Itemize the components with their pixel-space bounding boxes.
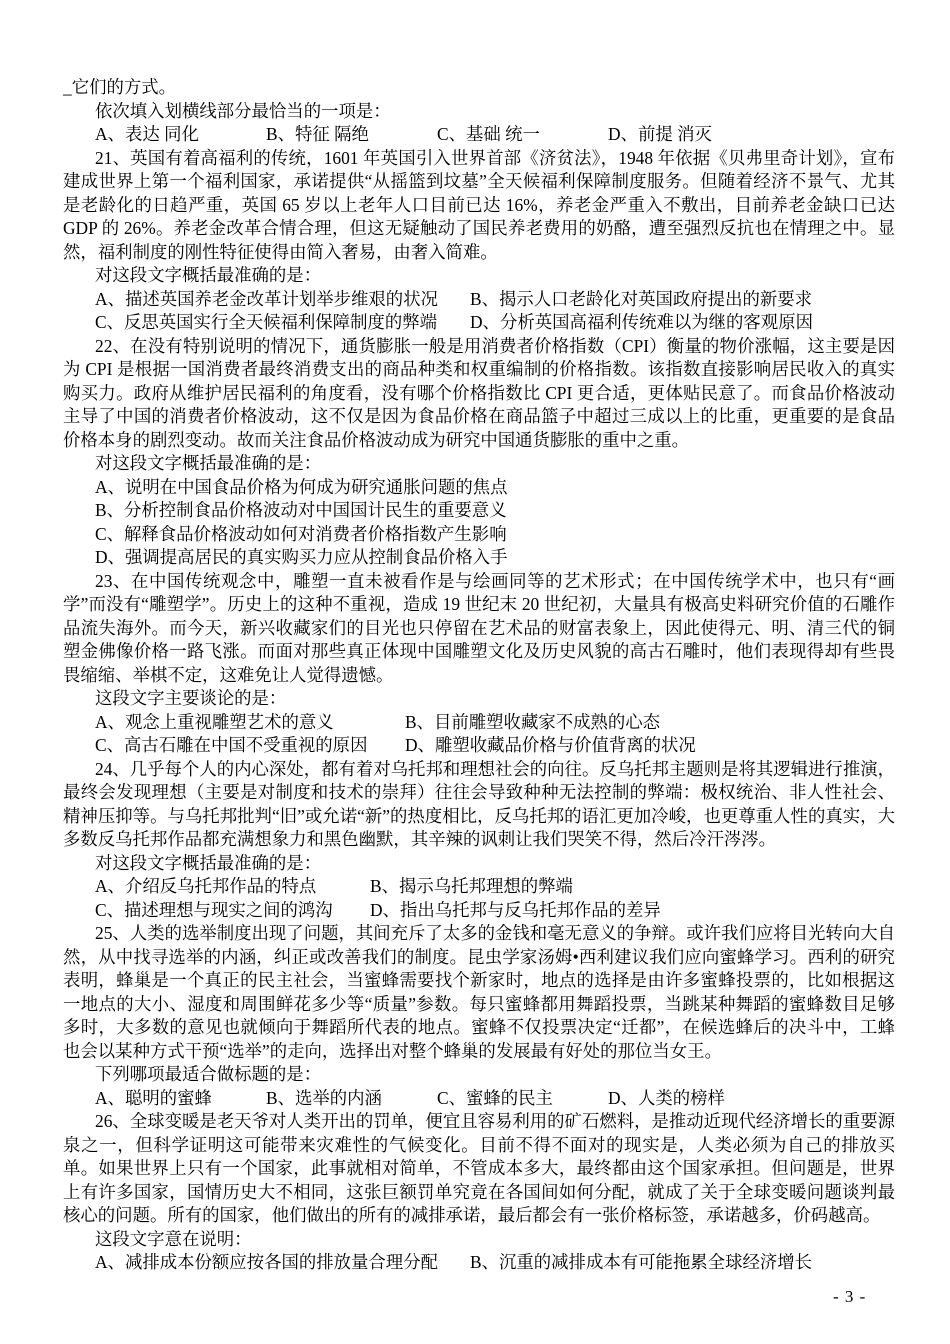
page-content: _它们的方式。 依次填入划横线部分最恰当的一项是： A、表达 同化 B、特征 隔… [63,76,895,1275]
question-21-option-b: B、揭示人口老龄化对英国政府提出的新要求 [470,288,812,312]
question-20-option-d: D、前提 消灭 [608,123,712,147]
page-number: - 3 - [833,1285,866,1308]
question-23-options-row-1: A、观念上重视雕塑艺术的意义 B、目前雕塑收藏家不成熟的心态 [63,711,895,735]
question-26-stem: 这段文字意在说明： [63,1228,895,1252]
question-22-stem: 对这段文字概括最准确的是： [63,452,895,476]
question-24-options-row-1: A、介绍反乌托邦作品的特点 B、揭示乌托邦理想的弊端 [63,875,895,899]
question-25-options-row: A、聪明的蜜蜂 B、选举的内涵 C、蜜蜂的民主 D、人类的榜样 [63,1087,895,1111]
question-26-options-row-1: A、减排成本份额应按各国的排放量合理分配 B、沉重的减排成本有可能拖累全球经济增… [63,1251,895,1275]
question-22-paragraph: 22、在没有特别说明的情况下，通货膨胀一般是用消费者价格指数（CPI）衡量的物价… [63,335,895,453]
question-23-option-a: A、观念上重视雕塑艺术的意义 [95,711,405,735]
question-20-options-row: A、表达 同化 B、特征 隔绝 C、基础 统一 D、前提 消灭 [63,123,895,147]
question-25-stem: 下列哪项最适合做标题的是： [63,1063,895,1087]
question-26-paragraph: 26、全球变暖是老天爷对人类开出的罚单，便宜且容易利用的矿石燃料，是推动近现代经… [63,1110,895,1228]
question-24-option-a: A、介绍反乌托邦作品的特点 [95,875,370,899]
exam-document-page: _它们的方式。 依次填入划横线部分最恰当的一项是： A、表达 同化 B、特征 隔… [0,0,950,1344]
question-23-options-row-2: C、高古石雕在中国不受重视的原因 D、雕塑收藏品价格与价值背离的状况 [63,734,895,758]
question-24-stem: 对这段文字概括最准确的是： [63,852,895,876]
question-22-option-b: B、分析控制食品价格波动对中国国计民生的重要意义 [63,499,895,523]
question-23-paragraph: 23、在中国传统观念中，雕塑一直未被看作是与绘画同等的艺术形式；在中国传统学术中… [63,570,895,688]
question-23-option-c: C、高古石雕在中国不受重视的原因 [95,734,405,758]
question-22-option-a: A、说明在中国食品价格为何成为研究通胀问题的焦点 [63,476,895,500]
question-20-stem: 依次填入划横线部分最恰当的一项是： [63,100,895,124]
question-21-options-row-1: A、描述英国养老金改革计划举步维艰的状况 B、揭示人口老龄化对英国政府提出的新要… [63,288,895,312]
question-25-option-d: D、人类的榜样 [608,1087,725,1111]
question-23-stem: 这段文字主要谈论的是： [63,687,895,711]
question-20-tail-text: _它们的方式。 [63,76,895,100]
question-21-option-d: D、分析英国高福利传统难以为继的客观原因 [470,311,813,335]
question-23-option-d: D、雕塑收藏品价格与价值背离的状况 [405,734,696,758]
question-21-option-a: A、描述英国养老金改革计划举步维艰的状况 [95,288,470,312]
question-21-stem: 对这段文字概括最准确的是： [63,264,895,288]
question-24-option-c: C、描述理想与现实之间的鸿沟 [95,899,370,923]
question-21-paragraph: 21、英国有着高福利的传统，1601 年英国引入世界首部《济贫法》，1948 年… [63,147,895,265]
question-24-option-b: B、揭示乌托邦理想的弊端 [370,875,573,899]
question-22-option-d: D、强调提高居民的真实购买力应从控制食品价格入手 [63,546,895,570]
question-20-option-c: C、基础 统一 [437,123,608,147]
question-23-option-b: B、目前雕塑收藏家不成熟的心态 [405,711,660,735]
question-20-option-b: B、特征 隔绝 [266,123,437,147]
question-26-option-a: A、减排成本份额应按各国的排放量合理分配 [95,1251,470,1275]
question-25-paragraph: 25、人类的选举制度出现了问题，其间充斥了太多的金钱和毫无意义的争辩。或许我们应… [63,922,895,1063]
question-25-option-b: B、选举的内涵 [266,1087,437,1111]
question-21-option-c: C、反思英国实行全天候福利保障制度的弊端 [95,311,470,335]
question-26-option-b: B、沉重的减排成本有可能拖累全球经济增长 [470,1251,812,1275]
question-24-option-d: D、指出乌托邦与反乌托邦作品的差异 [370,899,661,923]
question-25-option-a: A、聪明的蜜蜂 [95,1087,266,1111]
question-22-option-c: C、解释食品价格波动如何对消费者价格指数产生影响 [63,523,895,547]
question-21-options-row-2: C、反思英国实行全天候福利保障制度的弊端 D、分析英国高福利传统难以为继的客观原… [63,311,895,335]
question-20-option-a: A、表达 同化 [95,123,266,147]
question-25-option-c: C、蜜蜂的民主 [437,1087,608,1111]
question-24-options-row-2: C、描述理想与现实之间的鸿沟 D、指出乌托邦与反乌托邦作品的差异 [63,899,895,923]
question-24-paragraph: 24、几乎每个人的内心深处，都有着对乌托邦和理想社会的向往。反乌托邦主题则是将其… [63,758,895,852]
